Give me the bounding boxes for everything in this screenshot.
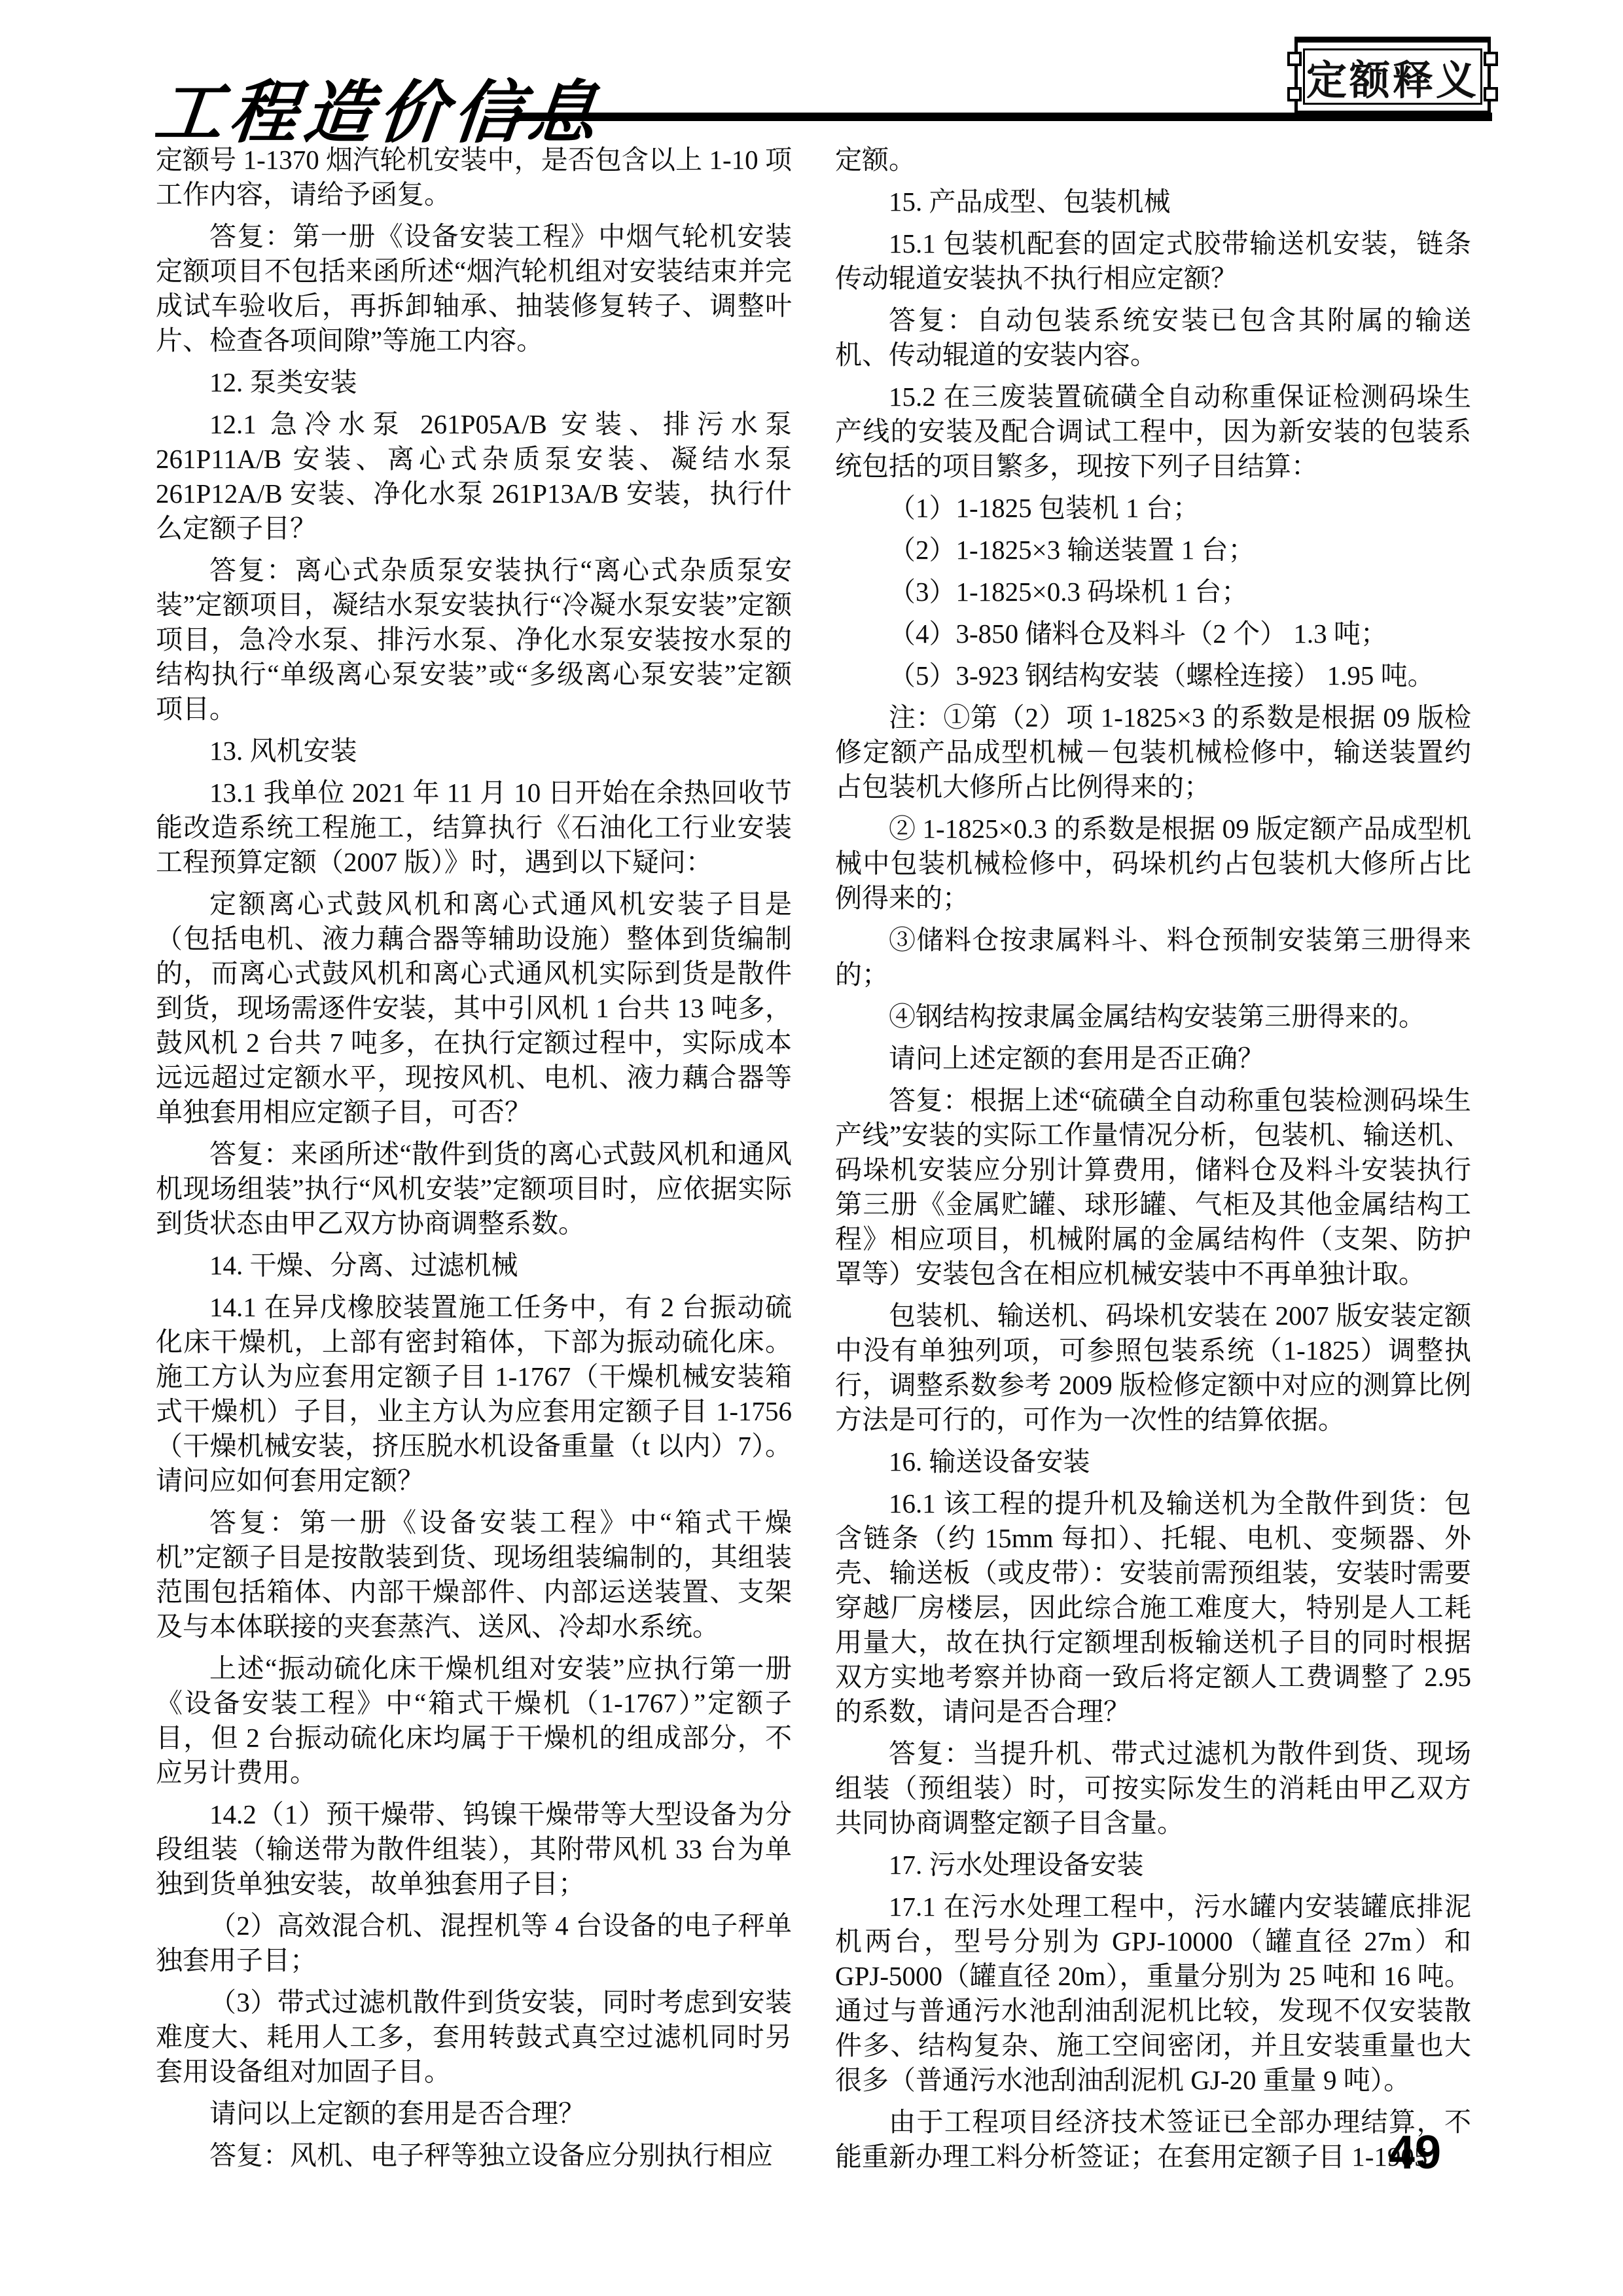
- list-item: （3）带式过滤机散件到货安装，同时考虑到安装难度大、耗用人工多，套用转鼓式真空过…: [156, 1985, 792, 2089]
- list-item: （2）高效混合机、混捏机等 4 台设备的电子秤单独套用子目；: [156, 1909, 792, 1978]
- badge-label: 定额释义: [1306, 48, 1479, 106]
- document-page: 工程造价信息 定额释义 定额号 1-1370 烟汽轮机安装中，是否包含以上 1-…: [0, 0, 1623, 2296]
- body-paragraph: 答复：根据上述“硫磺全自动称重包装检测码垛生产线”安装的实际工作量情况分析，包装…: [835, 1083, 1471, 1291]
- body-paragraph: 14.1 在异戊橡胶装置施工任务中，有 2 台振动硫化床干燥机，上部有密封箱体，…: [156, 1290, 792, 1498]
- body-paragraph: 14.2（1）预干燥带、钨镍干燥带等大型设备为分段组装（输送带为散件组装），其附…: [156, 1797, 792, 1901]
- badge-corner-ornament: [1287, 87, 1302, 101]
- note-paragraph: 注：①第（2）项 1-1825×3 的系数是根据 09 版检修定额产品成型机械－…: [835, 700, 1471, 804]
- body-paragraph: 15.1 包装机配套的固定式胶带输送机安装，链条传动辊道安装执不执行相应定额？: [835, 226, 1471, 296]
- badge-corner-ornament: [1484, 52, 1498, 66]
- body-paragraph: 定额号 1-1370 烟汽轮机安装中，是否包含以上 1-10 项工作内容，请给予…: [156, 143, 792, 212]
- body-paragraph: 上述“振动硫化床干燥机组对安装”应执行第一册《设备安装工程》中“箱式干燥机（1-…: [156, 1651, 792, 1790]
- body-paragraph: 17.1 在污水处理工程中，污水罐内安装罐底排泥机两台，型号分别为 GPJ-10…: [835, 1890, 1471, 2098]
- section-heading: 14. 干燥、分离、过滤机械: [156, 1248, 792, 1283]
- body-paragraph: 请问以上定额的套用是否合理？: [156, 2096, 792, 2131]
- section-heading: 15. 产品成型、包装机械: [835, 185, 1471, 219]
- section-heading: 17. 污水处理设备安装: [835, 1848, 1471, 1882]
- body-paragraph: 16.1 该工程的提升机及输送机为全散件到货：包含链条（约 15mm 每扣）、托…: [835, 1486, 1471, 1729]
- body-paragraph: 12.1 急冷水泵 261P05A/B 安装、排污水泵 261P11A/B 安装…: [156, 407, 792, 546]
- body-paragraph: 请问上述定额的套用是否正确？: [835, 1041, 1471, 1076]
- body-paragraph: 定额。: [835, 143, 1471, 177]
- list-item: （1）1-1825 包装机 1 台；: [835, 491, 1471, 526]
- body-paragraph: 答复：自动包装系统安装已包含其附属的输送机、传动辊道的安装内容。: [835, 303, 1471, 372]
- body-paragraph: 包装机、输送机、码垛机安装在 2007 版安装定额中没有单独列项，可参照包装系统…: [835, 1299, 1471, 1437]
- body-paragraph: 答复：第一册《设备安装工程》中“箱式干燥机”定额子目是按散装到货、现场组装编制的…: [156, 1505, 792, 1644]
- body-paragraph: 答复：第一册《设备安装工程》中烟气轮机安装定额项目不包括来函所述“烟汽轮机组对安…: [156, 219, 792, 358]
- note-paragraph: ③储料仓按隶属料斗、料仓预制安装第三册得来的；: [835, 923, 1471, 992]
- badge-corner-ornament: [1484, 87, 1498, 101]
- page-number: 49: [1389, 2126, 1441, 2179]
- masthead-title: 工程造价信息: [151, 58, 609, 156]
- body-paragraph: 15.2 在三废装置硫磺全自动称重保证检测码垛生产线的安装及配合调试工程中，因为…: [835, 380, 1471, 484]
- list-item: （2）1-1825×3 输送装置 1 台；: [835, 533, 1471, 567]
- body-paragraph: 由于工程项目经济技术签证已全部办理结算，不能重新办理工料分析签证；在套用定额子目…: [835, 2105, 1471, 2174]
- body-paragraph: 定额离心式鼓风机和离心式通风机安装子目是（包括电机、液力藕合器等辅助设施）整体到…: [156, 887, 792, 1130]
- list-item: （5）3-923 钢结构安装（螺栓连接） 1.95 吨。: [835, 658, 1471, 693]
- body-paragraph: 答复：风机、电子秤等独立设备应分别执行相应: [156, 2138, 792, 2173]
- column-right: 定额。 15. 产品成型、包装机械 15.1 包装机配套的固定式胶带输送机安装，…: [835, 143, 1471, 2181]
- body-paragraph: 13.1 我单位 2021 年 11 月 10 日开始在余热回收节能改造系统工程…: [156, 776, 792, 880]
- badge-frame: 定额释义: [1294, 37, 1491, 117]
- section-heading: 12. 泵类安装: [156, 365, 792, 400]
- section-heading: 13. 风机安装: [156, 734, 792, 768]
- list-item: （4）3-850 储料仓及料斗（2 个） 1.3 吨；: [835, 617, 1471, 651]
- note-paragraph: ② 1-1825×0.3 的系数是根据 09 版定额产品成型机械中包装机械检修中…: [835, 812, 1471, 916]
- list-item: （3）1-1825×0.3 码垛机 1 台；: [835, 575, 1471, 609]
- column-left: 定额号 1-1370 烟汽轮机安装中，是否包含以上 1-10 项工作内容，请给予…: [156, 143, 792, 2180]
- note-paragraph: ④钢结构按隶属金属结构安装第三册得来的。: [835, 999, 1471, 1034]
- body-paragraph: 答复：当提升机、带式过滤机为散件到货、现场组装（预组装）时，可按实际发生的消耗由…: [835, 1736, 1471, 1840]
- section-heading: 16. 输送设备安装: [835, 1444, 1471, 1479]
- body-paragraph: 答复：来函所述“散件到货的离心式鼓风机和通风机现场组装”执行“风机安装”定额项目…: [156, 1137, 792, 1241]
- badge-inner-frame: 定额释义: [1303, 48, 1482, 105]
- badge-corner-ornament: [1287, 52, 1302, 66]
- body-paragraph: 答复：离心式杂质泵安装执行“离心式杂质泵安装”定额项目，凝结水泵安装执行“冷凝水…: [156, 553, 792, 726]
